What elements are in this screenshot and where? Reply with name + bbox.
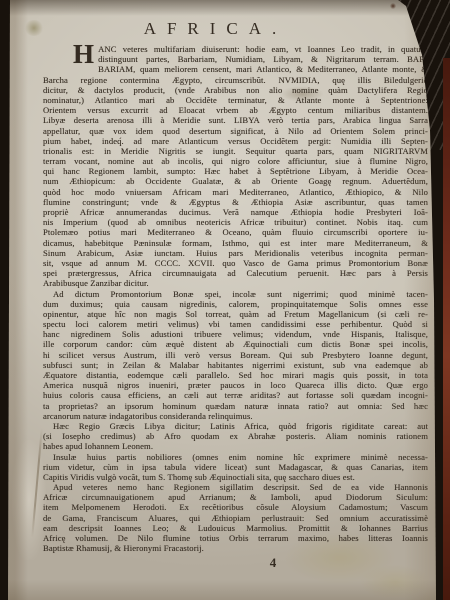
paper-crease [31,428,42,538]
text-line: nis Imperium (quod ab omnibus neotericis… [43,217,428,227]
text-line: habes apud Iohannem Leonem. [43,441,428,451]
book-page: AFRICA. HANC veteres multifariam diuiser… [0,0,450,600]
text-block: HANC veteres multifariam diuiserunt: hod… [43,44,428,553]
text-line: Æquatore distantia, eodemque cæli parall… [43,370,428,380]
text-line: Ad dictum Promontorium Bonæ spei, incolæ… [43,289,428,299]
text-line: de Gama, Franciscum Aluares, qui Æthiopi… [43,513,428,523]
text-line: arcanorum naturæ indagatoribus considera… [43,411,428,421]
page-number: 4 [261,555,285,571]
text-line: nominatur,) Atlantico mari ab Occidẽte t… [43,95,428,105]
text-line: ANC veteres multifariam diuiserunt: hodi… [43,44,428,54]
text-line: num Æthiopicum: ab Occidente Gualatæ, & … [43,176,428,186]
text-line: Barcha regione contermina Ægypto, circum… [43,75,428,85]
text-line: Capitis Viridis vulgò vocãt, tum S. Thom… [43,472,428,482]
text-line: trionalis est: in Meridie Nigritis se iu… [43,146,428,156]
text-line: flumine constringunt; vnde & Ægyptus & Æ… [43,197,428,207]
text-line: ta proprietas? an ipsorum hominum quædam… [43,401,428,411]
text-line: item Melpomenem Herodoti. Ex recẽtioribu… [43,502,428,512]
text-line: BARIAM, quam meliorem censent, mari Atla… [43,64,428,74]
book-fore-edge [443,58,450,600]
text-line: quòd hoc modo vniuersam Africam mari Med… [43,187,428,197]
text-line: pium habet, indeq́. ad mare Atlanticum v… [43,136,428,146]
paragraph: Hæc Regio Græcis Libya dicitur; Latinis … [43,421,428,452]
text-line: terram vocant, nomine aut ab incolis, qu… [43,156,428,166]
text-line: Orientem versus excurrit ad Eloacat vrbe… [43,105,428,115]
text-line: Africæ circumnauigationem apud Arrianum;… [43,492,428,502]
text-line: subfusci sunt; in Zeilan & Malabar habit… [43,360,428,370]
drop-cap: H [73,44,94,64]
scanned-book-photo: AFRICA. HANC veteres multifariam diuiser… [0,0,450,600]
text-line: Hæc Regio Græcis Libya dicitur; Latinis … [43,421,428,431]
text-line: sit, vsque ad annum M. CCCC. XCVII. quo … [43,258,428,268]
text-line: Apud veteres nemo hanc Regionem sigillat… [43,482,428,492]
top-edge-shadow [0,0,450,16]
paragraph: HANC veteres multifariam diuiserunt: hod… [43,44,428,289]
text-line: Baptistæ Rhamusij, & Hieronymi Fracastor… [43,543,428,553]
text-line: hanc nigredinem Solis adustioni tribuere… [43,329,428,339]
text-line: spei prætergressus, Africa circumnauigat… [43,268,428,278]
text-line: propriè Africæ annumerandas ducimus. Ver… [43,207,428,217]
paragraph: Insulæ huius partis nobiliores (omnes en… [43,452,428,483]
text-line: dicamus, habebitque Pæninsulæ formam, Is… [43,238,428,248]
text-line: appellatur, quæ vox idem quod desertum s… [43,126,428,136]
text-line: dum duximus; quia causam nigredinis, cal… [43,299,428,309]
bottom-edge-shadow [0,580,450,600]
text-line: hi scilicet versus Austrum, illi verò ve… [43,350,428,360]
text-line: Africę volumen. De Nilo flumine totius O… [43,533,428,543]
text-line: eam descripsit Ioannes Leo; & Ludouicus … [43,523,428,533]
text-line: Sinum Arabicum, Asiæ iunctam. Huius pars… [43,248,428,258]
text-line: Insulæ huius partis nobiliores (omnes en… [43,452,428,462]
text-line: dicitur, & dactylos producit, (vnde Arab… [43,85,428,95]
text-line: Ptolemæo potius mari Mediterraneo & Ocea… [43,227,428,237]
text-line: huius coloris causa efficiens, an cæli a… [43,390,428,400]
page-title: AFRICA. [0,19,420,39]
text-line: Libyæ deserta arenosa illi à Meridie sun… [43,115,428,125]
text-line: Arabibusque Zanzibar dicitur. [43,278,428,288]
text-line: opinentur, atque hîc non magis Sol torre… [43,309,428,319]
text-line: ille corporum candor: cùm æquè distent a… [43,339,428,349]
text-line: spectu loci calorem metiri velimus) vbi … [43,319,428,329]
text-line: qui hanc Regionem lambit, sumpto: Hæc ha… [43,166,428,176]
text-line: (si Iosepho credimus) ab Afro quodam ex … [43,431,428,441]
text-line: distinguunt partes, Barbariam, Numidiam,… [43,54,428,64]
text-line: America nusquã nigros inueniri, præter p… [43,380,428,390]
paragraph: Apud veteres nemo hanc Regionem sigillat… [43,482,428,553]
text-line: rium videtur, cùm in ipsa tabula videre … [43,462,428,472]
paragraph: Ad dictum Promontorium Bonæ spei, incolæ… [43,289,428,421]
